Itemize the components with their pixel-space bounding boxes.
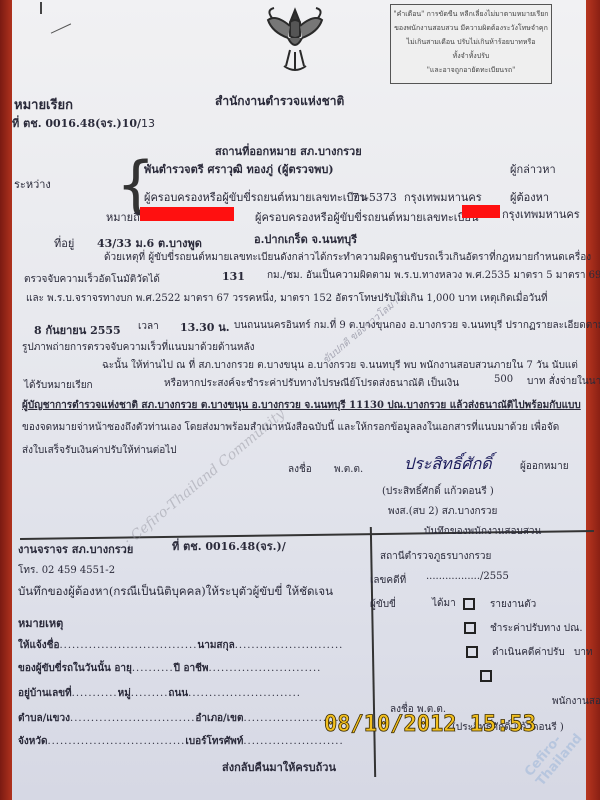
camera-timestamp: 08/10/2012 15:53 xyxy=(324,712,536,737)
option-pay-by-post: ชำระค่าปรับทาง ปณ. xyxy=(490,621,583,636)
field-label: จังหวัด xyxy=(18,736,47,747)
body-line-3: และ พ.ร.บ.จราจรทางบก พ.ศ.2522 มาตรา 67 ว… xyxy=(26,291,548,306)
investigator-title: บันทึกของพนักงานสอบสวน xyxy=(424,524,541,539)
accuser-role: ผู้กล่าวหา xyxy=(510,160,556,178)
pen-mark xyxy=(40,2,42,14)
slip-field-name: ให้แจ้งชื่อ.............................… xyxy=(18,638,343,653)
field-label: นามสกุล xyxy=(197,640,234,651)
sign-label: ลงชื่อ xyxy=(288,462,312,477)
field-label: ตำบล/แขวง xyxy=(18,713,70,724)
accused-description: ผู้ครอบครองหรือผู้ขับขี่รถยนต์หมายเลขทะเ… xyxy=(144,188,367,206)
time-label: เวลา xyxy=(138,319,159,334)
warning-line: ของพนักงานสอบสวน มีความผิดต้องระวังโทษจำ… xyxy=(391,21,551,35)
body-line-9: ของจดหมายจ่าหน้าซองถึงตัวท่านเอง โดยส่งม… xyxy=(22,420,559,435)
between-label: ระหว่าง xyxy=(14,175,51,193)
reference-number-text: ที่ ตช. 0016.48(จร.)10/ xyxy=(12,117,141,130)
slip-return-note: ส่งกลับคืนมาให้ครบถ้วน xyxy=(222,758,336,776)
issued-location: สถานที่ออกหมาย สภ.บางกรวย xyxy=(215,142,362,160)
field-label: อยู่บ้านเลขที่ xyxy=(18,688,72,699)
summons-to-province: กรุงเทพมหานคร xyxy=(502,205,580,223)
driver-label: ผู้ขับขี่ xyxy=(370,597,396,612)
field-label: หมู่ xyxy=(118,688,131,699)
option-prosecute-suffix: บาท xyxy=(574,645,593,660)
field-label: ปี อาชีพ xyxy=(174,663,209,674)
warning-line: "และอาจถูกอายัดทะเบียนรถ" xyxy=(391,63,551,77)
slip-office: งานจราจร สภ.บางกรวย xyxy=(18,540,133,558)
signer-name: (ประสิทธิ์ศักดิ์ แก้วดอนรี ) xyxy=(382,484,494,499)
accused-plate: 7ว-5373 xyxy=(352,188,397,206)
investigator-station: สถานีตำรวจภูธรบางกรวย xyxy=(380,549,491,564)
body-line-2a: ตรวจจับความเร็วอัตโนมัติวัดได้ xyxy=(24,272,160,287)
incident-time: 13.30 น. xyxy=(180,318,230,336)
body-line-7a: ได้รับหมายเรียก xyxy=(24,378,93,393)
column-divider xyxy=(370,527,376,777)
signer-position: พงส.(สบ 2) สภ.บางกรวย xyxy=(388,504,497,519)
address-label: ที่อยู่ xyxy=(54,234,74,252)
checkbox-prosecute[interactable] xyxy=(466,646,478,658)
field-label: ให้แจ้งชื่อ xyxy=(18,640,59,651)
warning-line: "คำเตือน" การขัดขืน หลีกเลี่ยงไม่มาตามหม… xyxy=(391,7,551,21)
fine-amount: 500 xyxy=(494,374,513,385)
slip-field-subdistrict: ตำบล/แขวง..............................อ… xyxy=(18,711,344,726)
slip-instruction: บันทึกของผู้ต้องหา(กรณีเป็นนิติบุคคล)ให้… xyxy=(18,583,333,601)
slip-phone: โทร. 02 459 4551-2 xyxy=(18,563,115,578)
case-number-label: เลขคดีที่ xyxy=(370,573,406,588)
slip-field-address: อยู่บ้านเลขที่...........หมู่.........ถน… xyxy=(18,686,301,701)
incident-location: บนถนนนครอินทร์ กม.ที่ 9 ต.บางขุนกอง อ.บา… xyxy=(234,318,600,333)
body-line-6: ฉะนั้น ให้ท่านไป ณ ที่ สภ.บางกรวย ต.บางข… xyxy=(102,358,578,373)
option-prosecute: ดำเนินคดีค่าปรับ xyxy=(492,645,565,660)
field-label: ของผู้ขับขี่รถในวันนั้น อายุ xyxy=(18,663,132,674)
summons-to-description: ผู้ครอบครองหรือผู้ขับขี่รถยนต์หมายเลขทะเ… xyxy=(255,208,478,226)
reference-number: ที่ ตช. 0016.48(จร.)10/13 xyxy=(12,114,155,132)
reference-handwritten: 13 xyxy=(141,117,155,130)
body-line-7b: หรือหากประสงค์จะชำระค่าปรับทางไปรษณีย์โป… xyxy=(164,376,459,391)
redaction-bar xyxy=(140,207,234,221)
body-line-1: ด้วยเหตุที่ ผู้ขับขี่รถยนต์หมายเลขทะเบีย… xyxy=(104,250,591,265)
slip-field-province: จังหวัด.................................… xyxy=(18,734,344,749)
body-line-10: ส่งใบเสร็จรับเงินค่าปรับให้ท่านต่อไป xyxy=(22,443,177,458)
slip-reference-number: ที่ ตช. 0016.48(จร.)/ xyxy=(172,537,286,555)
checkbox-report[interactable] xyxy=(463,598,475,610)
incident-date: 8 กันยายน 2555 xyxy=(34,321,121,339)
field-label: เบอร์โทรศัพท์ xyxy=(185,736,243,747)
option-report: รายงานตัว xyxy=(490,597,536,612)
accuser-name: พันตำรวจตรี ศราวุฒิ ทองภู่ (ผู้ตรวจพบ) xyxy=(144,160,334,178)
slip-field-age: ของผู้ขับขี่รถในวันนั้น อายุ..........ปี… xyxy=(18,661,321,676)
background-right xyxy=(586,0,600,800)
checkbox-pay-by-post[interactable] xyxy=(464,622,476,634)
agency-name: สำนักงานตำรวจแห่งชาติ xyxy=(215,92,344,111)
accused-role: ผู้ต้องหา xyxy=(510,188,549,206)
signer-rank: พ.ต.ต. xyxy=(334,462,363,477)
handwritten-signature: ประสิทธิ์ศักดิ์ xyxy=(404,452,492,477)
warning-box: "คำเตือน" การขัดขืน หลีกเลี่ยงไม่มาตามหม… xyxy=(390,4,552,84)
address-line-2: อ.ปากเกร็ด จ.นนทบุรี xyxy=(254,230,357,248)
slip-note-label: หมายเหตุ xyxy=(18,614,63,632)
document-title: หมายเรียก xyxy=(14,94,73,115)
body-line-5: รูปภาพถ่ายการตรวจจับความเร็วที่แนบมาด้วย… xyxy=(22,340,255,355)
got-label: ได้มา xyxy=(432,596,456,611)
field-label: อำเภอ/เขต xyxy=(195,713,243,724)
case-number-value: ................./2555 xyxy=(426,571,509,582)
warning-line: ทั้งจำทั้งปรับ xyxy=(391,49,551,63)
measured-speed: 131 xyxy=(222,270,245,283)
body-line-2b: กม./ชม. อันเป็นความผิดตาม พ.ร.บ.ทางหลวง … xyxy=(267,268,600,283)
pen-mark xyxy=(51,23,71,33)
body-line-7c: บาท สั่งจ่ายในนาม xyxy=(527,374,600,389)
checkbox-other[interactable] xyxy=(480,670,492,682)
investigator-role: พนักงานสอบสวน xyxy=(552,694,600,709)
garuda-emblem-icon xyxy=(260,6,330,74)
accused-province: กรุงเทพมหานคร xyxy=(404,188,482,206)
summons-document: "คำเตือน" การขัดขืน หลีกเลี่ยงไม่มาตามหม… xyxy=(12,0,586,800)
field-label: ถนน xyxy=(168,688,188,699)
body-line-8: ผู้บัญชาการตำรวจแห่งชาติ สภ.บางกรวย ต.บา… xyxy=(22,398,581,413)
warning-line: ไม่เกินสามเดือน ปรับไม่เกินห้าร้อยบาทหรื… xyxy=(391,35,551,49)
signer-role: ผู้ออกหมาย xyxy=(520,459,569,474)
redaction-bar xyxy=(462,205,500,218)
